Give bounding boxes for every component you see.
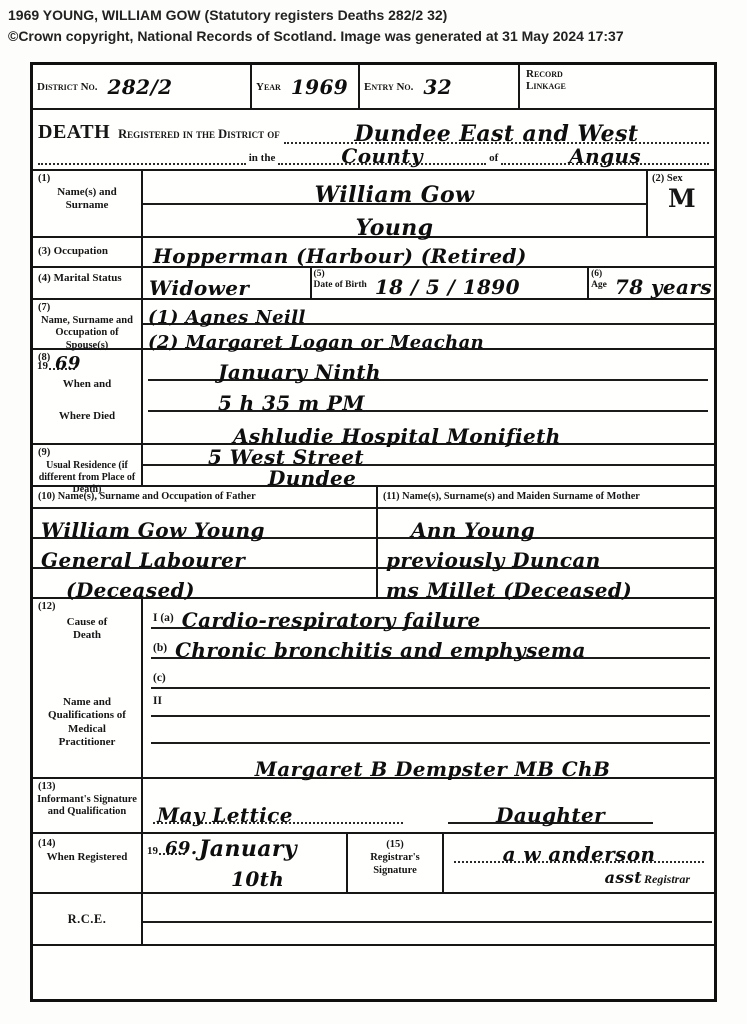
registered-year-value: 69. — [165, 838, 198, 859]
field-1-number: (1) — [36, 173, 138, 186]
scan-header: 1969 YOUNG, WILLIAM GOW (Statutory regis… — [8, 5, 624, 47]
county-line: in the County of Angus — [38, 144, 709, 165]
entry-no-label: Entry No. — [364, 81, 413, 93]
informant-qualification-line: Daughter — [448, 803, 653, 824]
informant-label-cell: (13) Informant's Signature and Qualifica… — [33, 779, 143, 832]
father-column: (10) Name(s), Surname and Occupation of … — [33, 487, 378, 597]
sex-value: M — [668, 184, 710, 214]
informant-label: Informant's Signature and Qualification — [37, 794, 137, 818]
of-label: of — [486, 152, 501, 165]
in-the-label: in the — [246, 152, 279, 165]
died-line-1: January Ninth — [148, 350, 708, 381]
cause-line-ii: II — [151, 689, 710, 717]
died-year-block: 19 69 — [37, 353, 81, 372]
scan-title: 1969 YOUNG, WILLIAM GOW (Statutory regis… — [8, 5, 624, 26]
spouse-line-1: (1) Agnes Neill — [143, 300, 714, 325]
field-5-number: (5) — [314, 269, 367, 280]
spouse-label-cell: (7) Name, Surname and Occupation of Spou… — [33, 300, 143, 348]
cause-line-c: (c) — [151, 659, 710, 689]
dob-label: Date of Birth — [314, 280, 367, 291]
occupation-value: Hopperman (Harbour) (Retired) — [153, 244, 527, 268]
cause-line-ia: I (a) Cardio-respiratory failure — [151, 599, 710, 629]
died-year-value: 69 — [55, 353, 81, 374]
dob-cell: (5) Date of Birth 18 / 5 / 1890 — [312, 268, 590, 298]
informant-row: (13) Informant's Signature and Qualifica… — [33, 779, 714, 834]
marital-value: Widower — [149, 276, 249, 300]
practitioner-line: Margaret B Dempster MB ChB — [151, 744, 714, 777]
died-line-2: 5 h 35 m PM — [148, 381, 708, 412]
scan-copyright: ©Crown copyright, National Records of Sc… — [8, 26, 624, 47]
field-3-number: (3) — [38, 245, 51, 257]
spouse-value-cell: (1) Agnes Neill (2) Margaret Logan or Me… — [143, 300, 714, 348]
blank-rule — [151, 717, 710, 744]
registrar-signature-label-cell: (15) Registrar's Signature — [348, 834, 444, 892]
age-label-block: (6) Age — [591, 269, 607, 297]
when-registered-label: When Registered — [47, 851, 128, 863]
occupation-value-cell: Hopperman (Harbour) (Retired) — [143, 238, 714, 266]
year-label: Year — [256, 81, 281, 93]
record-linkage-label-1: Record — [526, 68, 708, 80]
died-line-3: Ashludie Hospital Monifieth — [148, 412, 708, 443]
marital-value-cell: Widower — [143, 268, 312, 298]
died-year-printed: 19 — [37, 360, 48, 372]
registrar-asst-value: asst — [605, 868, 642, 887]
field-6-number: (6) — [591, 269, 607, 280]
cause-label-cell: (12) Cause of Death Name and Qualificati… — [33, 599, 143, 777]
rce-label: R.C.E. — [33, 894, 143, 944]
marital-dob-age-row: (4) Marital Status Widower (5) Date of B… — [33, 268, 714, 300]
district-no-value: 282/2 — [108, 75, 173, 99]
usual-residence-row: (9) Usual Residence (if different from P… — [33, 445, 714, 487]
empty-footer-strip — [33, 946, 714, 999]
mother-header: (11) Name(s), Surname(s) and Maiden Surn… — [378, 487, 714, 509]
mother-column: (11) Name(s), Surname(s) and Maiden Surn… — [378, 487, 714, 597]
mother-line-3: ms Millet (Deceased) — [378, 569, 714, 597]
name-line-2: Young — [143, 205, 646, 237]
dob-value: 18 / 5 / 1890 — [375, 275, 520, 299]
registrar-designation-line: asst Registrar — [454, 863, 704, 887]
field-12-number: (12) — [36, 601, 138, 614]
field-13-number: (13) — [36, 781, 138, 794]
marital-label: Marital Status — [54, 272, 122, 284]
died-label-block: When and Where Died — [36, 365, 138, 443]
dob-label-block: (5) Date of Birth — [314, 269, 367, 297]
informant-signature-value: May Lettice — [157, 803, 293, 827]
residence-value-cell: 5 West Street Dundee — [143, 445, 714, 485]
dotted-leader: Dundee East and West — [284, 121, 709, 144]
occupation-label: Occupation — [54, 245, 108, 257]
mother-line-2: previously Duncan — [378, 539, 714, 569]
sex-label-row: (2) Sex — [652, 173, 710, 184]
died-label-1: When and — [36, 378, 138, 391]
mother-line-1: Ann Young — [378, 509, 714, 539]
blank-rule — [143, 921, 712, 923]
record-linkage-label-2: Linkage — [526, 80, 708, 92]
field-2-number: (2) — [652, 173, 664, 184]
rce-row: R.C.E. — [33, 894, 714, 946]
father-line-2: General Labourer — [33, 539, 376, 569]
occupation-label-cell: (3) Occupation — [33, 238, 143, 266]
dotted-leader: Angus — [501, 144, 709, 165]
field-14-number: (14) — [36, 838, 138, 851]
informant-signature-line: May Lettice — [153, 803, 403, 824]
field-4-number: (4) — [38, 272, 51, 284]
registered-year-block: 19 69. — [147, 838, 198, 857]
registered-day-value: 10th — [231, 867, 284, 891]
practitioner-label: Name and Qualifications of Medical Pract… — [43, 696, 131, 749]
marital-label-cell: (4) Marital Status — [33, 268, 143, 298]
practitioner-value: Margaret B Dempster MB ChB — [255, 757, 611, 781]
field-15-number: (15) — [348, 838, 442, 851]
registrar-printed-label: Registrar — [644, 872, 690, 887]
registration-district-row: DEATH Registered in the District of Dund… — [33, 110, 714, 171]
registered-year-printed: 19 — [147, 845, 158, 857]
record-linkage-cell: Record Linkage — [520, 65, 714, 108]
cause-line-b: (b) Chronic bronchitis and emphysema — [151, 629, 710, 659]
rce-value-cell — [143, 894, 714, 944]
age-cell: (6) Age 78 years — [589, 268, 714, 298]
name-sex-row: (1) Name(s) and Surname William Gow Youn… — [33, 171, 714, 238]
year-value: 1969 — [291, 75, 348, 99]
registered-month-value: January — [199, 836, 297, 862]
cause-ii-label: II — [153, 695, 162, 707]
residence-line-2: Dundee — [143, 466, 714, 485]
died-value-cell: 19 69 January Ninth 5 h 35 m PM Ashludie… — [143, 350, 714, 443]
father-header: (10) Name(s), Surname and Occupation of … — [33, 487, 376, 509]
death-heading: DEATH — [38, 121, 110, 144]
informant-qualification-value: Daughter — [496, 803, 605, 827]
county-word-value: County — [341, 144, 423, 168]
registered-in-district-label: Registered in the District of — [118, 127, 280, 144]
residence-label-cell: (9) Usual Residence (if different from P… — [33, 445, 143, 485]
informant-value-cell: May Lettice Daughter — [143, 779, 714, 832]
sex-label: Sex — [667, 173, 683, 184]
age-value: 78 years — [615, 275, 712, 299]
cause-c-label: (c) — [153, 672, 166, 684]
name-label: Name(s) and Surname — [57, 186, 117, 211]
spacer — [36, 642, 138, 696]
cause-value-cell: I (a) Cardio-respiratory failure (b) Chr… — [143, 599, 714, 777]
death-register-form: District No. 282/2 Year 1969 Entry No. 3… — [30, 62, 717, 1002]
spouse-row: (7) Name, Surname and Occupation of Spou… — [33, 300, 714, 350]
died-label-2: Where Died — [36, 410, 138, 423]
district-no-label: District No. — [37, 81, 98, 93]
field-7-number: (7) — [36, 302, 138, 315]
entry-no-cell: Entry No. 32 — [360, 65, 520, 108]
when-registered-label-cell: (14) When Registered — [33, 834, 143, 892]
spouse-line-2: (2) Margaret Logan or Meachan — [143, 325, 714, 348]
when-registered-value-cell: 19 69. January 10th — [143, 834, 348, 892]
spouse-label: Name, Surname and Occupation of Spouse(s… — [41, 315, 133, 351]
name-label-cell: (1) Name(s) and Surname — [33, 171, 143, 236]
county-name-value: Angus — [569, 144, 641, 168]
name-value-cell: William Gow Young — [143, 171, 648, 236]
registrar-signature-label: Registrar's Signature — [348, 851, 442, 877]
registration-row: (14) When Registered 19 69. January 10th… — [33, 834, 714, 894]
registrar-signature-cell: a w anderson asst Registrar — [444, 834, 714, 892]
name-line-1: William Gow — [143, 171, 646, 205]
cause-ia-label: I (a) — [153, 612, 174, 624]
residence-line-1: 5 West Street — [143, 445, 714, 466]
occupation-row: (3) Occupation Hopperman (Harbour) (Reti… — [33, 238, 714, 268]
sex-cell: (2) Sex M — [648, 171, 714, 236]
cause-label: Cause of Death — [65, 616, 109, 642]
entry-no-value: 32 — [423, 75, 452, 99]
district-no-cell: District No. 282/2 — [33, 65, 252, 108]
district-line: DEATH Registered in the District of Dund… — [38, 112, 709, 144]
dotted-leader: County — [278, 144, 486, 165]
scanned-death-register-page: 1969 YOUNG, WILLIAM GOW (Statutory regis… — [0, 0, 747, 1024]
field-9-number: (9) — [36, 447, 138, 460]
cause-of-death-row: (12) Cause of Death Name and Qualificati… — [33, 599, 714, 779]
reference-row: District No. 282/2 Year 1969 Entry No. 3… — [33, 65, 714, 110]
parents-row: (10) Name(s), Surname and Occupation of … — [33, 487, 714, 599]
cause-b-label: (b) — [153, 642, 167, 654]
father-line-3: (Deceased) — [33, 569, 376, 597]
age-label: Age — [591, 280, 607, 291]
father-line-1: William Gow Young — [33, 509, 376, 539]
year-cell: Year 1969 — [252, 65, 360, 108]
dotted-leader — [38, 163, 246, 165]
registrar-signature-line: a w anderson — [454, 842, 704, 863]
when-where-died-row: (8) When and Where Died 19 69 January Ni… — [33, 350, 714, 445]
